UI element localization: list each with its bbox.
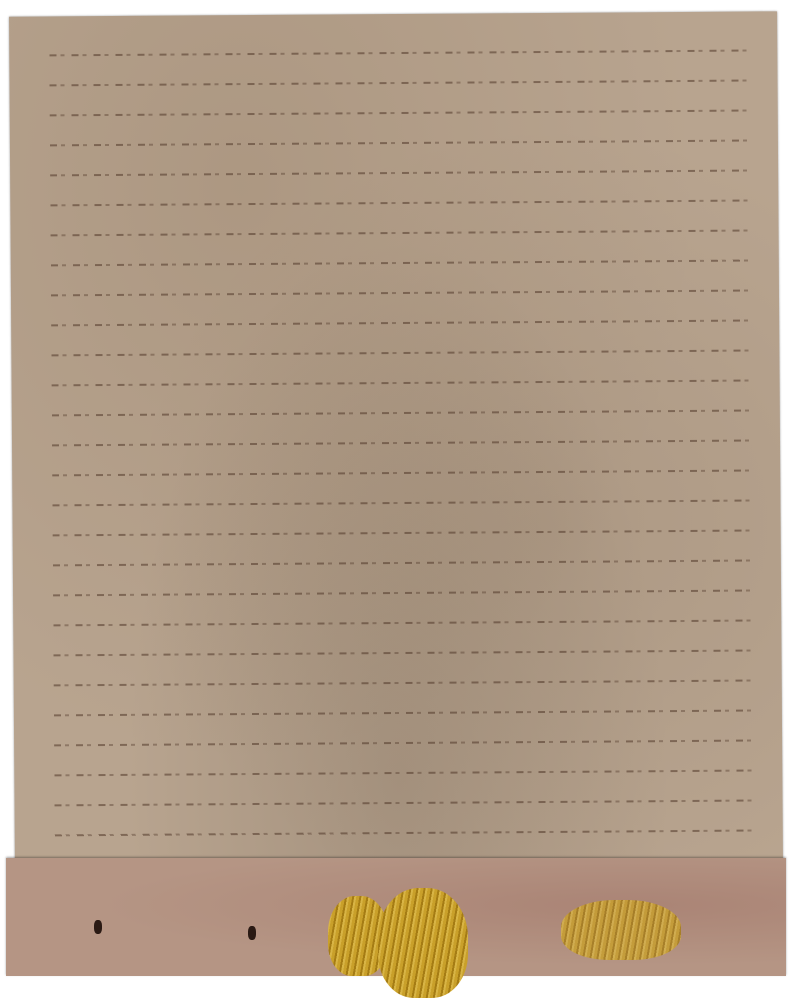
script-line	[54, 770, 752, 777]
script-line	[51, 230, 749, 237]
script-line	[52, 470, 750, 477]
script-line	[51, 260, 749, 267]
script-line	[51, 320, 749, 327]
script-line	[51, 290, 749, 297]
script-line	[49, 50, 747, 57]
script-line	[55, 830, 753, 837]
cord-hole	[248, 926, 256, 940]
script-line	[53, 530, 751, 537]
script-line	[54, 740, 752, 747]
seal-cord	[561, 900, 681, 960]
script-line	[53, 590, 751, 597]
script-line	[52, 380, 750, 387]
cord-hole	[94, 920, 102, 934]
script-line	[54, 710, 752, 717]
script-line	[53, 560, 751, 567]
script-line	[52, 500, 750, 507]
parchment-sheet	[9, 11, 783, 868]
script-line	[50, 200, 748, 207]
script-line	[50, 140, 748, 147]
script-line	[53, 620, 751, 627]
script-line	[50, 80, 748, 87]
seal-cord	[378, 888, 468, 998]
plica-fold	[6, 858, 786, 976]
script-line	[51, 350, 749, 357]
script-line	[52, 440, 750, 447]
script-line	[54, 680, 752, 687]
script-line	[50, 170, 748, 177]
script-line	[53, 650, 751, 657]
script-line	[50, 110, 748, 117]
script-line	[55, 800, 753, 807]
script-line	[52, 410, 750, 417]
